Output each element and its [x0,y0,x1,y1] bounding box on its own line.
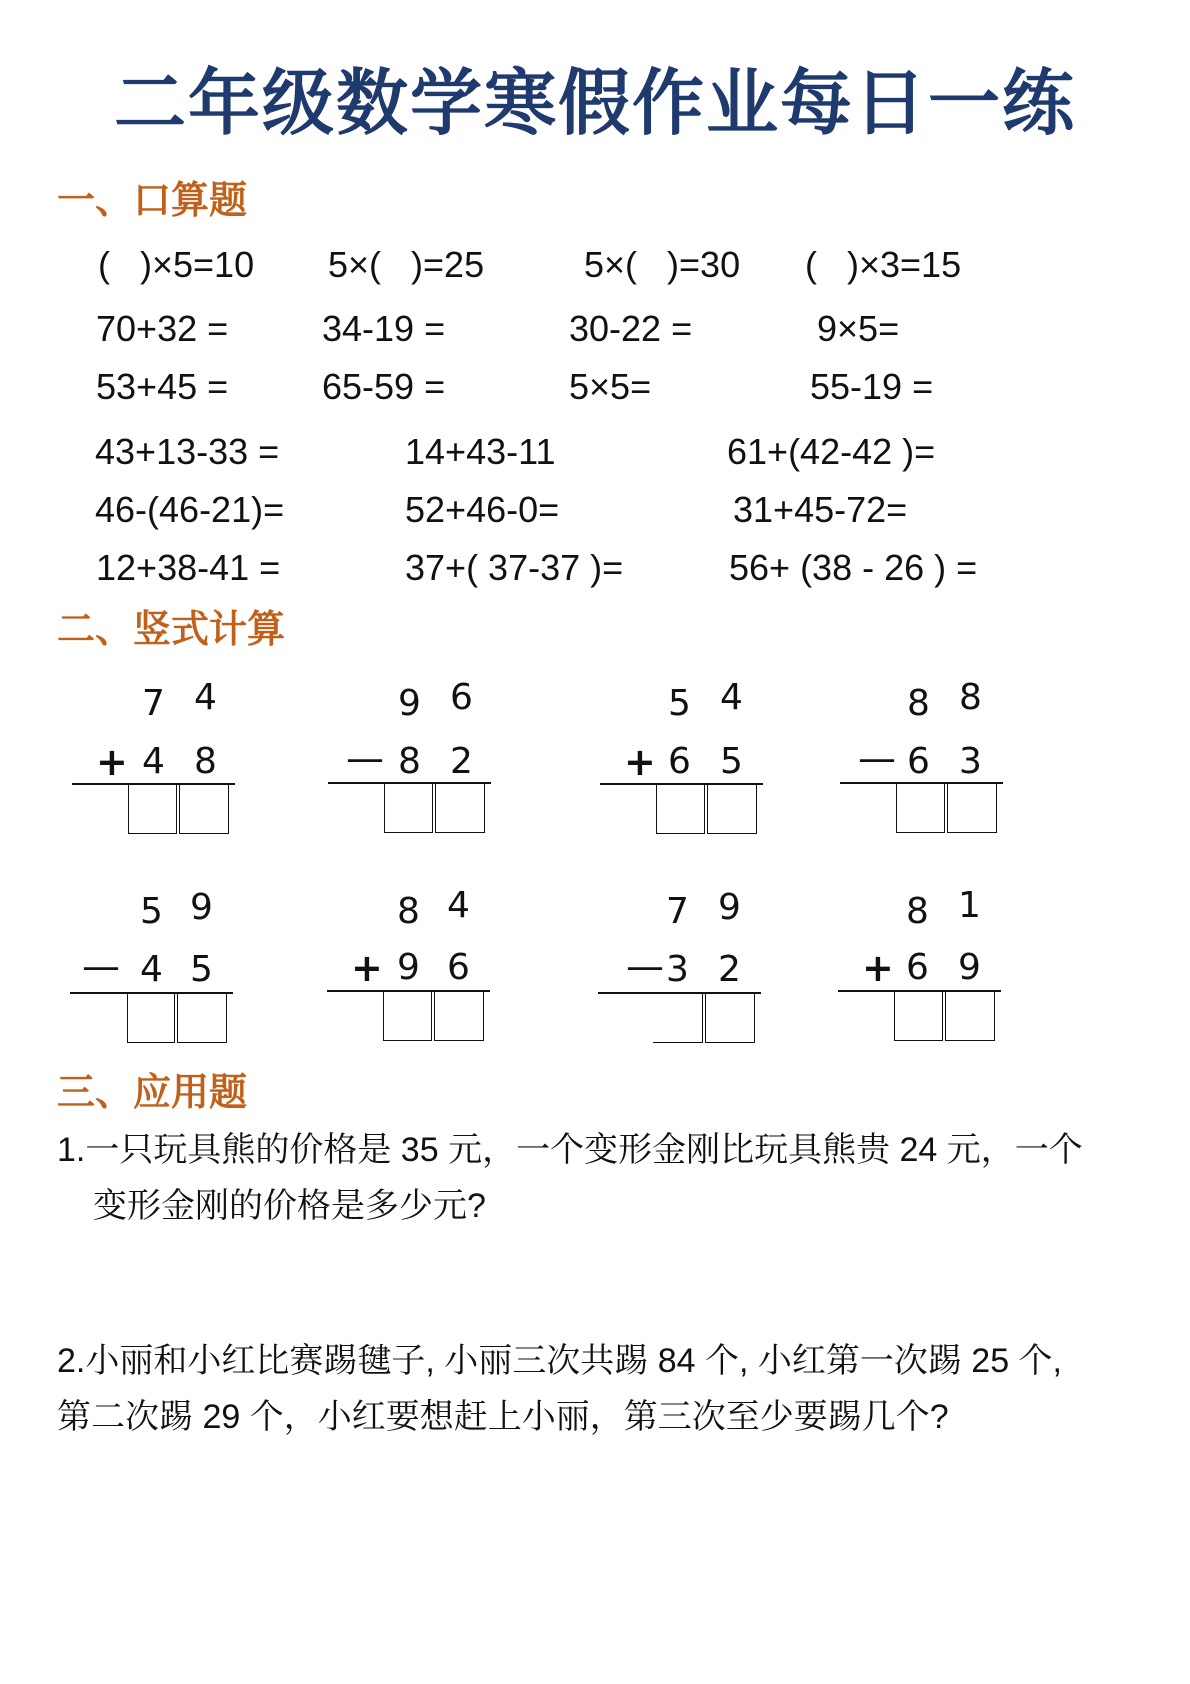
vertical-problem: 8 4 + 9 6 [327,884,507,1054]
bottom-tens-digit: 6 [668,742,691,782]
bottom-ones-digit: 9 [958,948,981,988]
word-problem-line: 2.小丽和小红比赛踢毽子, 小丽三次共踢 84 个, 小红第一次踢 25 个, [57,1333,1147,1389]
vertical-problem: 9 6 — 8 2 [328,676,508,846]
bottom-ones-digit: 6 [447,948,470,988]
oral-problem: 65-59 = [322,362,445,412]
answer-box-tens[interactable] [653,993,703,1043]
top-tens-digit: 8 [907,684,930,724]
top-tens-digit: 7 [142,684,165,724]
answer-box-ones[interactable] [707,784,757,834]
oral-problem: 70+32 = [96,304,228,354]
vertical-problem: 7 9 — 3 2 [598,884,778,1054]
bottom-tens-digit: 8 [398,742,421,782]
oral-problem: 12+38-41 = [96,543,280,593]
top-ones-digit: 4 [720,678,743,718]
top-ones-digit: 4 [447,886,470,926]
vertical-problem: 5 4 + 6 5 [600,676,780,846]
oral-problem: 46-(46-21)= [95,485,284,535]
top-ones-digit: 4 [194,678,217,718]
vertical-problem: 5 9 — 4 5 [70,884,250,1054]
answer-box-tens[interactable] [896,783,945,833]
section-heading-vertical: 二、竖式计算 [57,605,285,653]
answer-box-tens[interactable] [383,991,432,1041]
top-tens-digit: 7 [666,892,689,932]
word-problem-2: 2.小丽和小红比赛踢毽子, 小丽三次共踢 84 个, 小红第一次踢 25 个, … [57,1333,1147,1445]
bottom-ones-digit: 5 [190,950,213,990]
bottom-ones-digit: 8 [194,742,217,782]
oral-problem: 53+45 = [96,362,228,412]
oral-problem: 5×5= [569,362,651,412]
oral-problem: 14+43-11 [405,427,555,477]
oral-problem: 9×5= [817,304,899,354]
answer-box-ones[interactable] [947,783,997,833]
top-ones-digit: 9 [190,888,213,928]
minus-operator: — [626,946,664,986]
answer-box-tens[interactable] [384,783,433,833]
word-problem-1: 1.一只玩具熊的价格是 35 元，一个变形金刚比玩具熊贵 24 元，一个 变形金… [57,1122,1147,1234]
answer-box-tens[interactable] [894,991,943,1041]
oral-row: ( )×5=10 5×( )=25 5×( )=30 ( )×3=15 [0,240,1190,290]
minus-operator: — [858,738,896,778]
top-tens-digit: 8 [906,892,929,932]
oral-problem: 5×( )=25 [328,240,484,290]
vertical-problem: 8 1 + 6 9 [838,884,1018,1054]
top-tens-digit: 9 [398,684,421,724]
plus-operator: + [351,948,383,988]
plus-operator: + [624,742,656,782]
oral-problem: 31+45-72= [733,485,907,535]
plus-operator: + [862,948,894,988]
oral-problem: 52+46-0= [405,485,559,535]
bottom-ones-digit: 5 [720,742,743,782]
oral-problem: 30-22 = [569,304,692,354]
oral-problem: ( )×3=15 [805,240,961,290]
bottom-tens-digit: 6 [907,742,930,782]
answer-box-ones[interactable] [179,784,229,834]
oral-row: 70+32 = 34-19 = 30-22 = 9×5= [0,304,1190,354]
oral-row: 43+13-33 = 14+43-11 61+(42-42 )= [0,427,1190,477]
vertical-problem: 7 4 + 4 8 [72,676,252,846]
plus-operator: + [96,742,128,782]
answer-box-ones[interactable] [177,993,227,1043]
answer-box-tens[interactable] [128,784,177,834]
vertical-problem: 8 8 — 6 3 [840,676,1020,846]
word-problem-line: 变形金刚的价格是多少元? [57,1178,1147,1234]
page-title: 二年级数学寒假作业每日一练 [0,58,1190,148]
top-tens-digit: 5 [140,892,163,932]
top-tens-digit: 5 [668,684,691,724]
answer-box-tens[interactable] [656,784,705,834]
bottom-tens-digit: 4 [142,742,165,782]
word-problem-line: 第二次踢 29 个，小红要想赶上小丽，第三次至少要踢几个? [57,1389,1147,1445]
answer-box-tens[interactable] [127,993,175,1043]
top-ones-digit: 6 [450,678,473,718]
oral-row: 46-(46-21)= 52+46-0= 31+45-72= [0,485,1190,535]
section-heading-oral: 一、口算题 [57,176,247,224]
bottom-tens-digit: 6 [906,948,929,988]
answer-box-ones[interactable] [435,783,485,833]
minus-operator: — [82,946,120,986]
oral-problem: 43+13-33 = [95,427,279,477]
answer-box-ones[interactable] [705,993,755,1043]
answer-box-ones[interactable] [434,991,484,1041]
oral-problem: 56+ (38 - 26 ) = [729,543,977,593]
oral-problem: 61+(42-42 )= [727,427,935,477]
minus-operator: — [346,738,384,778]
oral-problem: ( )×5=10 [98,240,254,290]
bottom-tens-digit: 3 [666,950,689,990]
top-tens-digit: 8 [397,892,420,932]
oral-problem: 34-19 = [322,304,445,354]
top-ones-digit: 8 [959,678,982,718]
answer-box-ones[interactable] [945,991,995,1041]
oral-problem: 55-19 = [810,362,933,412]
oral-row: 53+45 = 65-59 = 5×5= 55-19 = [0,362,1190,412]
bottom-tens-digit: 9 [397,948,420,988]
bottom-ones-digit: 3 [959,742,982,782]
oral-row: 12+38-41 = 37+( 37-37 )= 56+ (38 - 26 ) … [0,543,1190,593]
bottom-ones-digit: 2 [450,742,473,782]
oral-problem: 37+( 37-37 )= [405,543,623,593]
top-ones-digit: 1 [958,886,981,926]
bottom-ones-digit: 2 [718,950,741,990]
oral-problem: 5×( )=30 [584,240,740,290]
word-problem-line: 1.一只玩具熊的价格是 35 元，一个变形金刚比玩具熊贵 24 元，一个 [57,1122,1147,1178]
top-ones-digit: 9 [718,888,741,928]
bottom-tens-digit: 4 [140,950,163,990]
section-heading-application: 三、应用题 [57,1068,247,1116]
